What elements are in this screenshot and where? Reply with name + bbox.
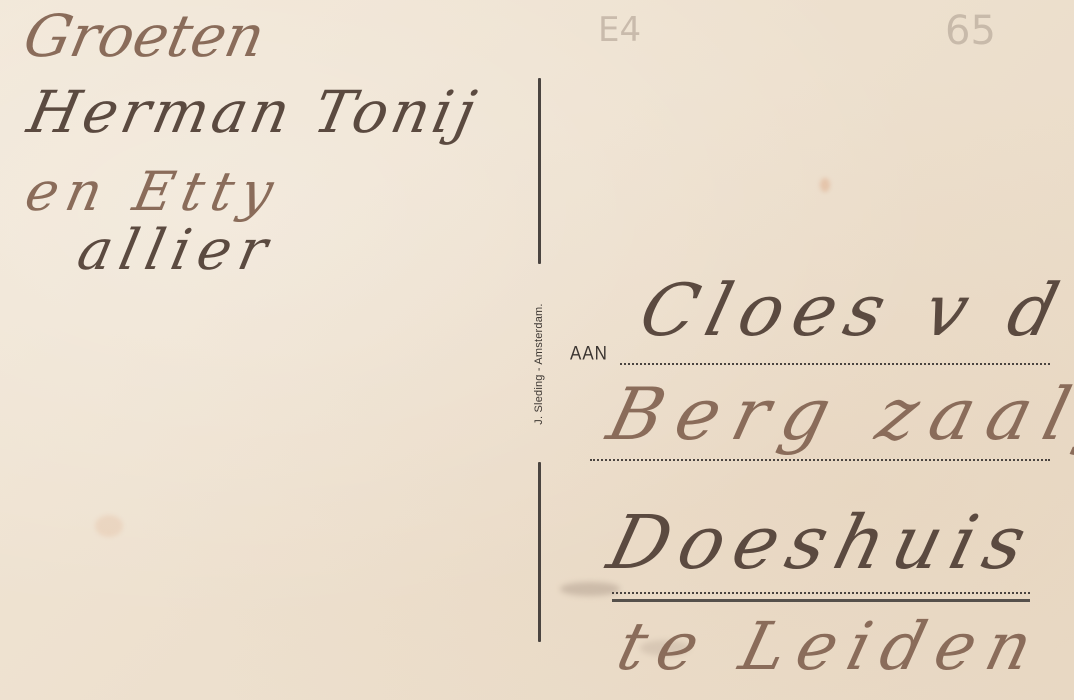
postcard-back: E4 65 Groeten Herman Tonij en Etty allie… xyxy=(0,0,1074,700)
message-line: en Etty xyxy=(20,160,287,223)
foxing-spot xyxy=(95,515,123,537)
publisher-imprint: J. Sleding - Amsterdam. xyxy=(533,303,545,424)
address-line-3 xyxy=(612,592,1030,594)
address-line: Berg zaaly xyxy=(600,372,1074,456)
pencil-mark-top-right: 65 xyxy=(945,8,996,54)
message-line: Groeten xyxy=(18,2,271,70)
message-line: Herman Tonij xyxy=(22,78,485,146)
address-line-2 xyxy=(590,459,1050,461)
address-line: Cloes v d xyxy=(632,268,1074,352)
address-line: Doeshuis xyxy=(600,500,1044,586)
foxing-spot xyxy=(820,178,830,192)
divider-line xyxy=(538,78,541,264)
divider-line xyxy=(538,462,541,642)
address-line-1 xyxy=(620,363,1050,365)
address-label: AAN xyxy=(570,342,608,365)
address-underline xyxy=(612,599,1030,602)
pencil-mark-top-left: E4 xyxy=(598,10,641,50)
address-line: te Leiden xyxy=(610,608,1052,685)
message-line: allier xyxy=(72,218,281,283)
